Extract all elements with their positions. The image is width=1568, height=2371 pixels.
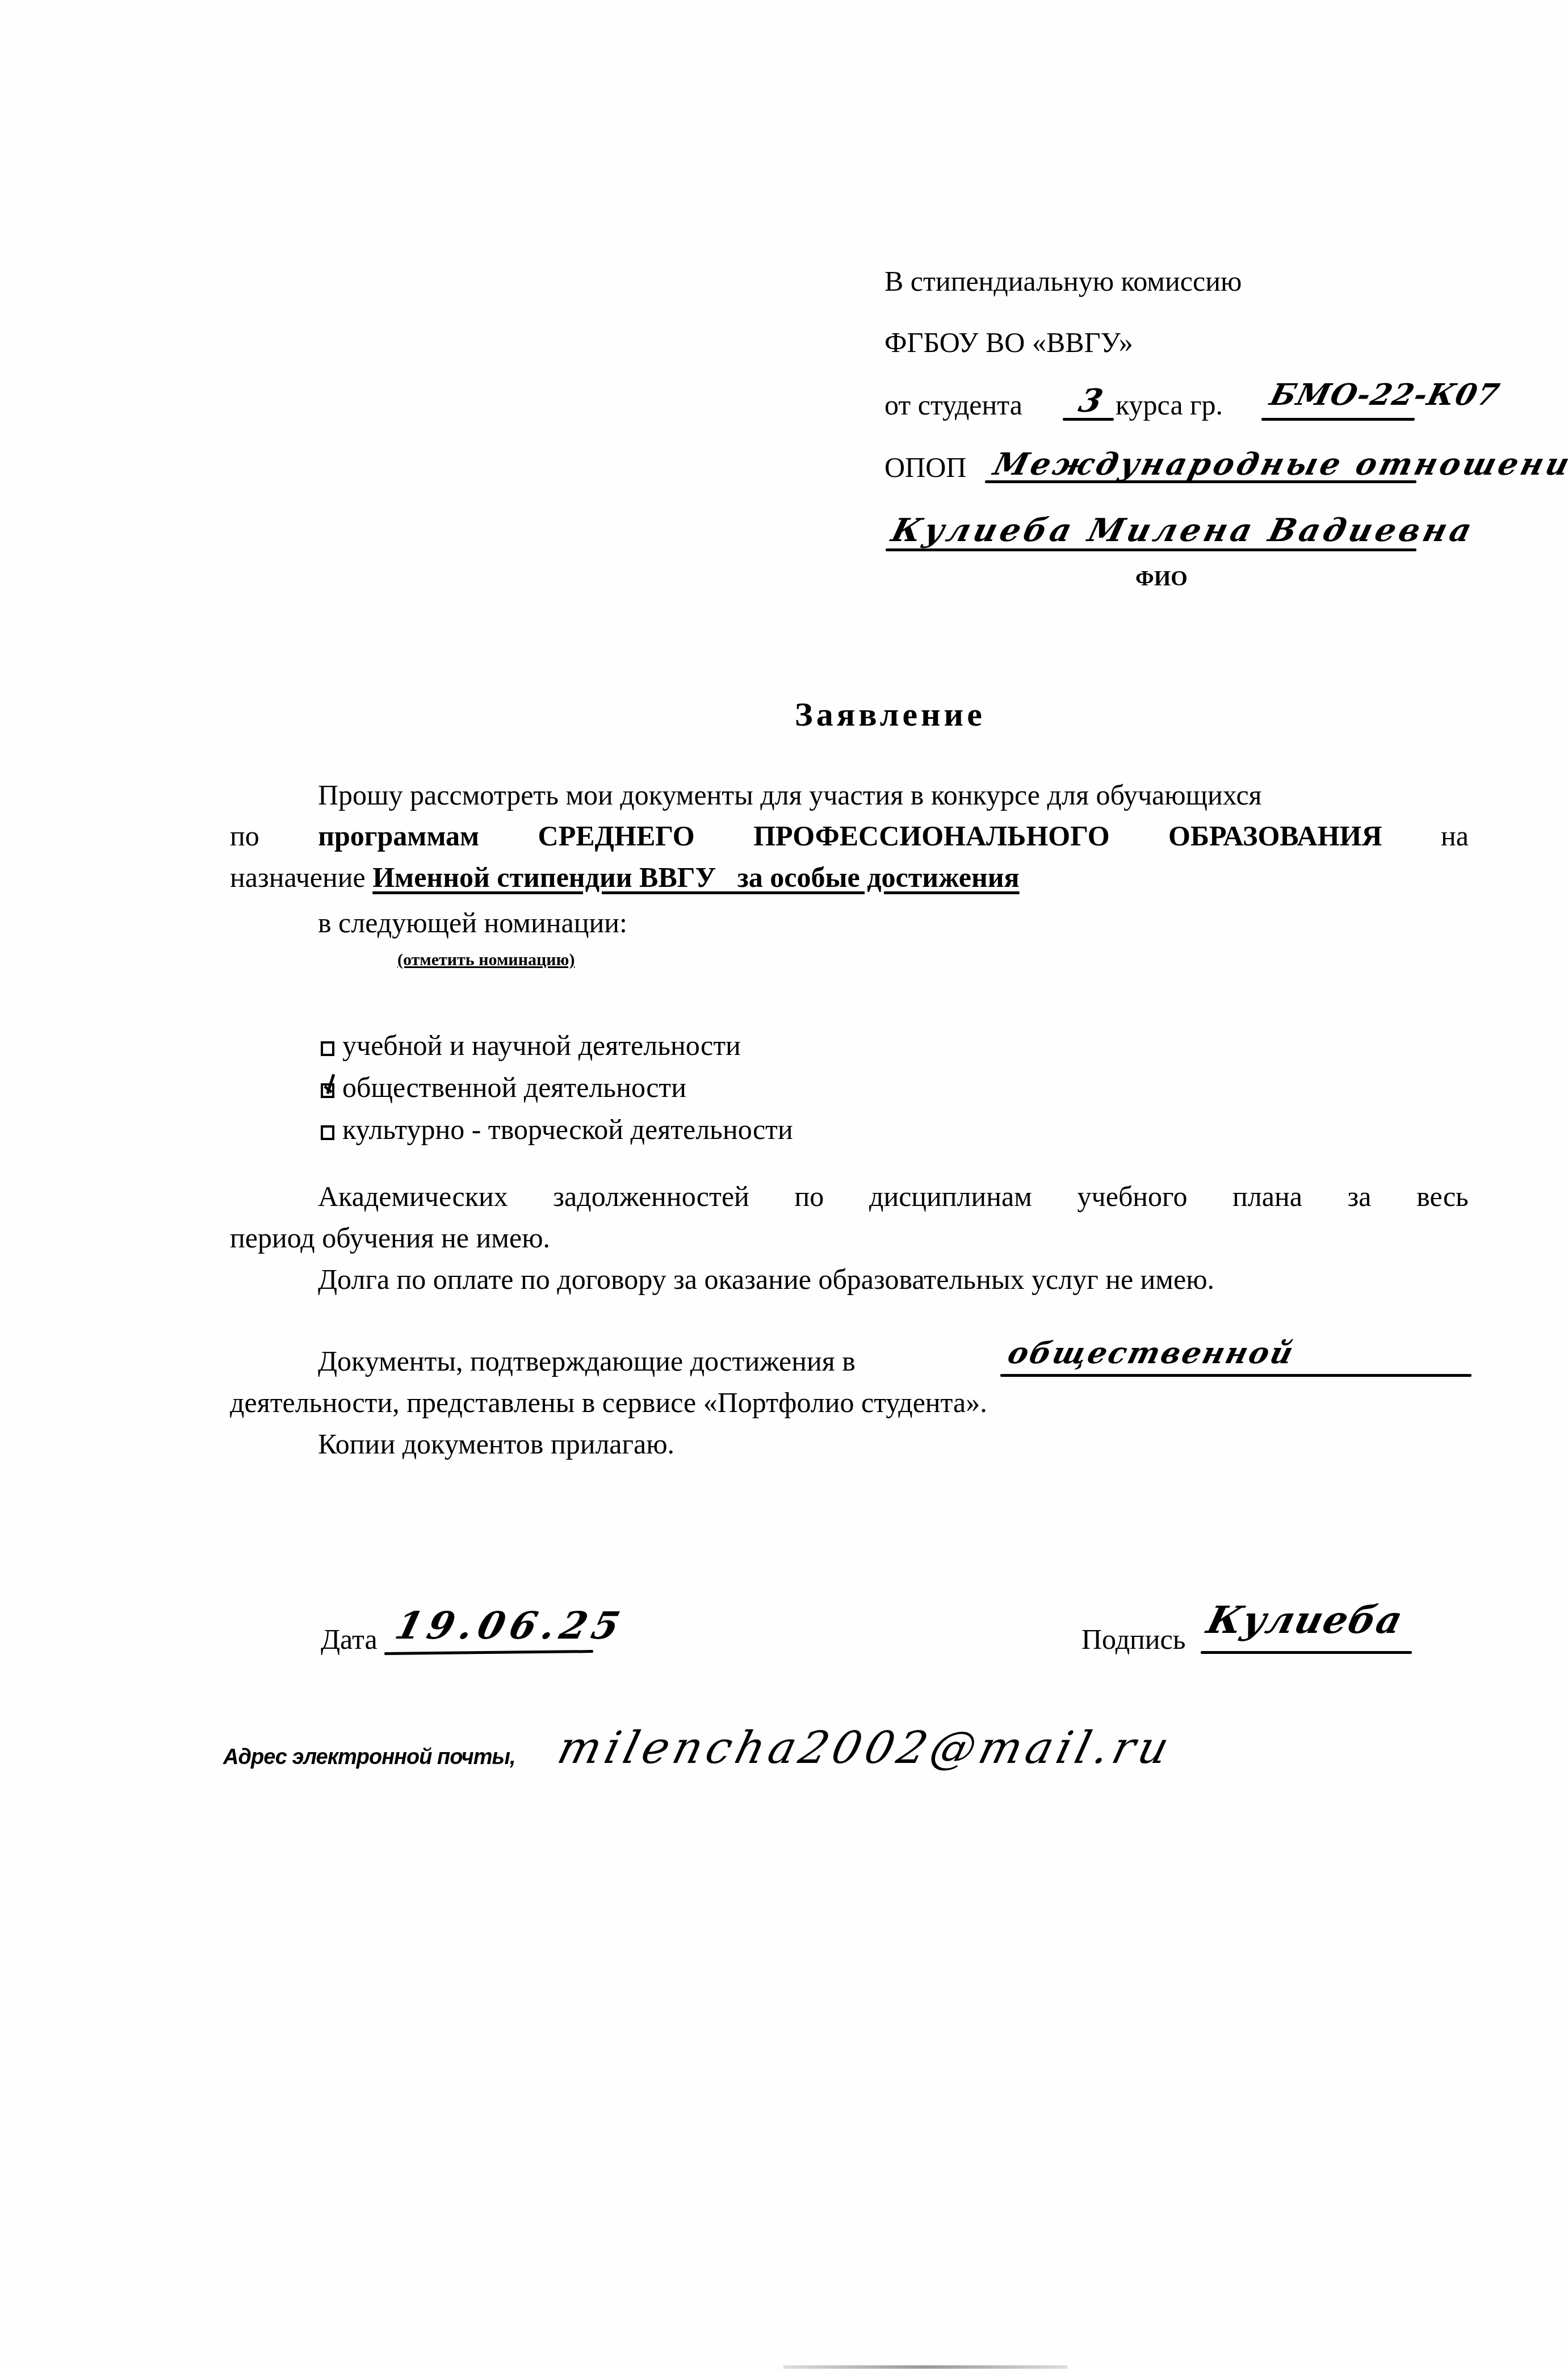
- program-label: ОПОП: [884, 453, 966, 481]
- para1-word: на: [1441, 822, 1469, 850]
- signature-handwritten: Кулиеба: [1204, 1601, 1407, 1639]
- signature-underline: [1201, 1651, 1412, 1654]
- date-underline: [384, 1650, 593, 1655]
- scan-artifact-strip: [783, 2365, 1067, 2369]
- date-label: Дата: [321, 1625, 378, 1653]
- para1-word: по: [230, 822, 259, 850]
- para1-line3: назначение Именной стипендии ВВГУ за осо…: [230, 863, 1020, 891]
- para2-word: по: [795, 1182, 824, 1210]
- checkbox-unchecked-icon[interactable]: [321, 1125, 334, 1140]
- para2-word: весь: [1416, 1182, 1469, 1210]
- para2-word: Академических: [318, 1182, 508, 1210]
- nomination-option-social[interactable]: общественной деятельности: [321, 1073, 686, 1101]
- para2-line1: Академических задолженностей по дисципли…: [318, 1182, 1469, 1210]
- achievement-area-underline: [1000, 1374, 1471, 1377]
- addressee-line-commission: В стипендиальную комиссию: [884, 267, 1242, 295]
- para2-word: задолженностей: [553, 1182, 749, 1210]
- para2-word: учебного: [1078, 1182, 1188, 1210]
- nomination-label: учебной и научной деятельности: [342, 1029, 741, 1061]
- para1-line1: Прошу рассмотреть мои документы для учас…: [318, 781, 1262, 809]
- nomination-label: культурно - творческой деятельности: [342, 1113, 793, 1145]
- nomination-label: общественной деятельности: [342, 1071, 686, 1103]
- nomination-option-cultural[interactable]: культурно - творческой деятельности: [321, 1115, 793, 1143]
- fio-caption: ФИО: [1135, 568, 1188, 589]
- para3: Долга по оплате по договору за оказание …: [318, 1265, 1214, 1293]
- email-handwritten-value: milencha2002@mail.ru: [554, 1726, 1177, 1770]
- para1-word-bold: программам: [318, 822, 479, 850]
- achievement-area-handwritten-value: общественной: [1005, 1339, 1297, 1368]
- para4-line1-prefix: Документы, подтверждающие достижения в: [318, 1347, 856, 1375]
- para1-line4: в следующей номинации:: [318, 908, 627, 937]
- group-handwritten-value: БМО-22-К07: [1267, 380, 1503, 410]
- para2-line2: период обучения не имею.: [230, 1224, 550, 1252]
- para1-word-bold: СРЕДНЕГО: [538, 822, 695, 850]
- date-handwritten-value: 19.06.25: [392, 1607, 629, 1644]
- nomination-hint: (отметить номинацию): [397, 952, 575, 969]
- email-label: Адрес электронной почты,: [223, 1746, 515, 1768]
- para1-word-bold: ПРОФЕССИОНАЛЬНОГО: [753, 822, 1110, 850]
- course-group-label: курса гр.: [1116, 391, 1223, 419]
- para5: Копии документов прилагаю.: [318, 1430, 674, 1458]
- checkbox-checked-icon[interactable]: [321, 1083, 334, 1098]
- para1-word-bold: ОБРАЗОВАНИЯ: [1168, 822, 1382, 850]
- program-handwritten-value: Международные отношения: [991, 449, 1568, 479]
- fio-handwritten-value: Кулиеба Милена Вадиевна: [888, 514, 1478, 546]
- para1-line3-prefix: назначение: [230, 861, 366, 893]
- scholarship-name-emphasis: Именной стипендии ВВГУ за особые достиже…: [372, 861, 1019, 893]
- checkbox-unchecked-icon[interactable]: [321, 1041, 334, 1056]
- course-handwritten-value: 3: [1076, 385, 1107, 417]
- para2-word: за: [1348, 1182, 1372, 1210]
- scanned-document-page: В стипендиальную комиссию ФГБОУ ВО «ВВГУ…: [0, 0, 1568, 2371]
- nomination-option-academic[interactable]: учебной и научной деятельности: [321, 1031, 741, 1059]
- document-title: Заявление: [795, 697, 986, 731]
- signature-label: Подпись: [1081, 1625, 1186, 1653]
- para2-word: плана: [1232, 1182, 1302, 1210]
- student-prefix-label: от студента: [884, 391, 1022, 419]
- para4-line2: деятельности, представлены в сервисе «По…: [230, 1388, 987, 1417]
- para1-line2: по программам СРЕДНЕГО ПРОФЕССИОНАЛЬНОГО…: [230, 822, 1469, 850]
- addressee-line-university: ФГБОУ ВО «ВВГУ»: [884, 328, 1133, 357]
- group-underline: [1261, 418, 1415, 421]
- para2-word: дисциплинам: [869, 1182, 1032, 1210]
